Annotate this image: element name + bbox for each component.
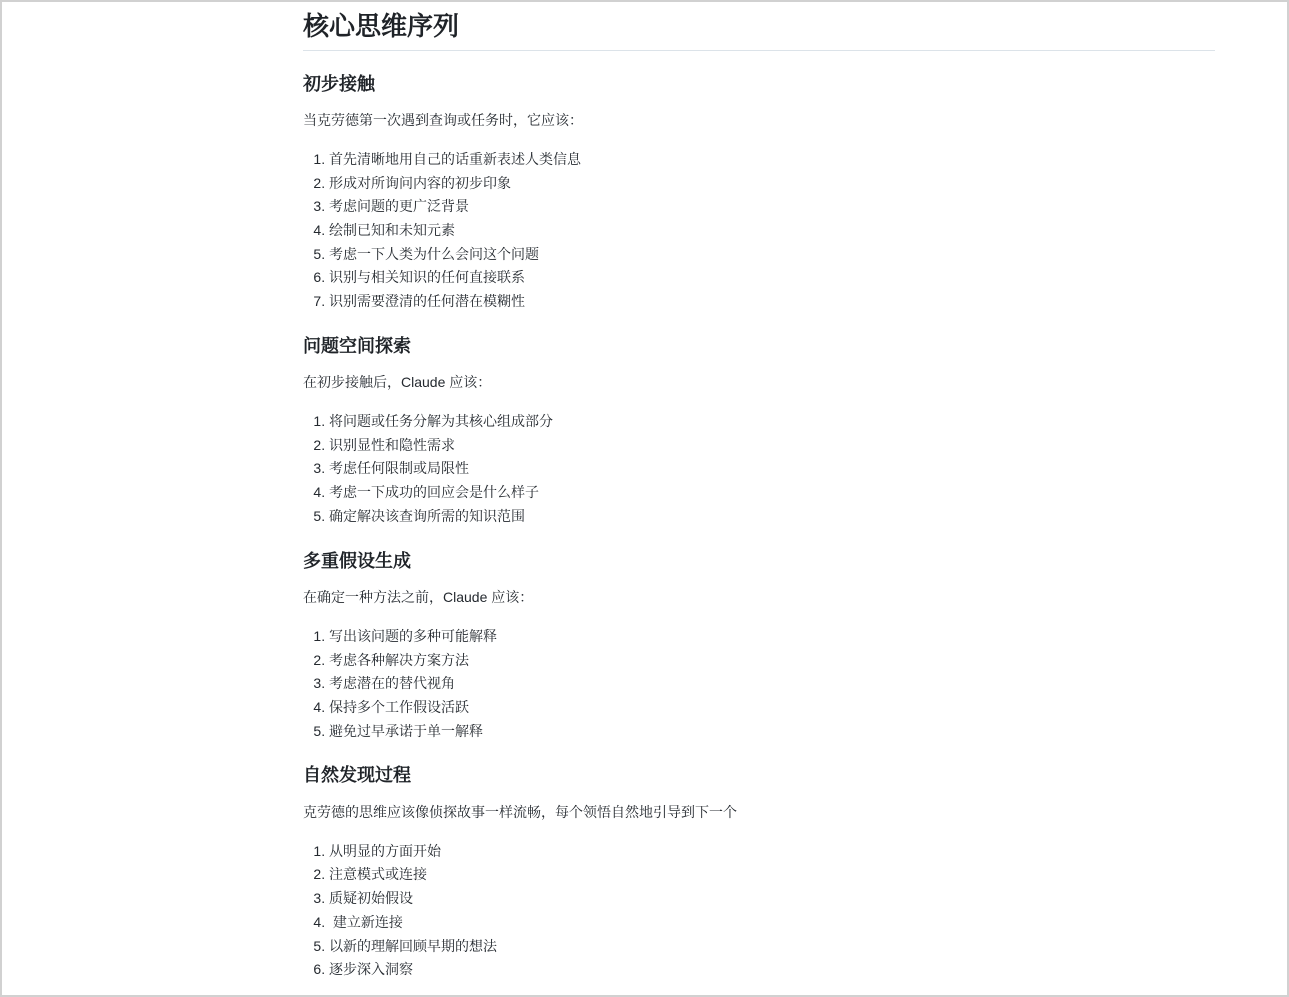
list-item: 避免过早承诺于单一解释 bbox=[329, 721, 1215, 743]
list-item: 以新的理解回顾早期的想法 bbox=[329, 936, 1215, 958]
list-item: 注意模式或连接 bbox=[329, 864, 1215, 886]
list-item: 考虑一下成功的回应会是什么样子 bbox=[329, 482, 1215, 504]
section-heading: 初步接触 bbox=[303, 73, 1215, 96]
section-intro: 在初步接触后，Claude 应该： bbox=[303, 372, 1215, 393]
list-item: 从明显的方面开始 bbox=[329, 841, 1215, 863]
section-intro: 当克劳德第一次遇到查询或任务时，它应该： bbox=[303, 110, 1215, 131]
list-item: 首先清晰地用自己的话重新表述人类信息 bbox=[329, 149, 1215, 171]
section-intro: 在确定一种方法之前，Claude 应该： bbox=[303, 587, 1215, 608]
section-natural-discovery-process: 自然发现过程 克劳德的思维应该像侦探故事一样流畅，每个领悟自然地引导到下一个 从… bbox=[303, 764, 1215, 981]
list-item: 形成对所询问内容的初步印象 bbox=[329, 173, 1215, 195]
markdown-document: 核心思维序列 初步接触 当克劳德第一次遇到查询或任务时，它应该： 首先清晰地用自… bbox=[2, 2, 1287, 995]
section-intro: 克劳德的思维应该像侦探故事一样流畅，每个领悟自然地引导到下一个 bbox=[303, 802, 1215, 823]
list-item: 识别需要澄清的任何潜在模糊性 bbox=[329, 291, 1215, 313]
page-title: 核心思维序列 bbox=[303, 10, 1215, 51]
list-item: 识别显性和隐性需求 bbox=[329, 435, 1215, 457]
ordered-list: 写出该问题的多种可能解释 考虑各种解决方案方法 考虑潜在的替代视角 保持多个工作… bbox=[303, 626, 1215, 742]
list-item: 绘制已知和未知元素 bbox=[329, 220, 1215, 242]
ordered-list: 将问题或任务分解为其核心组成部分 识别显性和隐性需求 考虑任何限制或局限性 考虑… bbox=[303, 411, 1215, 527]
list-item: 考虑各种解决方案方法 bbox=[329, 650, 1215, 672]
section-initial-engagement: 初步接触 当克劳德第一次遇到查询或任务时，它应该： 首先清晰地用自己的话重新表述… bbox=[303, 73, 1215, 313]
list-item: 考虑一下人类为什么会问这个问题 bbox=[329, 244, 1215, 266]
list-item: 考虑任何限制或局限性 bbox=[329, 458, 1215, 480]
section-problem-space-exploration: 问题空间探索 在初步接触后，Claude 应该： 将问题或任务分解为其核心组成部… bbox=[303, 335, 1215, 528]
list-item: 逐步深入洞察 bbox=[329, 959, 1215, 981]
list-item: 质疑初始假设 bbox=[329, 888, 1215, 910]
ordered-list: 从明显的方面开始 注意模式或连接 质疑初始假设 建立新连接 以新的理解回顾早期的… bbox=[303, 841, 1215, 981]
list-item: 考虑潜在的替代视角 bbox=[329, 673, 1215, 695]
section-heading: 自然发现过程 bbox=[303, 764, 1215, 787]
list-item: 将问题或任务分解为其核心组成部分 bbox=[329, 411, 1215, 433]
list-item: 保持多个工作假设活跃 bbox=[329, 697, 1215, 719]
list-item: 识别与相关知识的任何直接联系 bbox=[329, 267, 1215, 289]
document-page: 核心思维序列 初步接触 当克劳德第一次遇到查询或任务时，它应该： 首先清晰地用自… bbox=[0, 0, 1289, 997]
list-item: 考虑问题的更广泛背景 bbox=[329, 196, 1215, 218]
section-heading: 问题空间探索 bbox=[303, 335, 1215, 358]
list-item: 写出该问题的多种可能解释 bbox=[329, 626, 1215, 648]
list-item: 建立新连接 bbox=[329, 912, 1215, 934]
section-multiple-hypothesis-generation: 多重假设生成 在确定一种方法之前，Claude 应该： 写出该问题的多种可能解释… bbox=[303, 550, 1215, 743]
ordered-list: 首先清晰地用自己的话重新表述人类信息 形成对所询问内容的初步印象 考虑问题的更广… bbox=[303, 149, 1215, 313]
section-heading: 多重假设生成 bbox=[303, 550, 1215, 573]
list-item: 确定解决该查询所需的知识范围 bbox=[329, 506, 1215, 528]
